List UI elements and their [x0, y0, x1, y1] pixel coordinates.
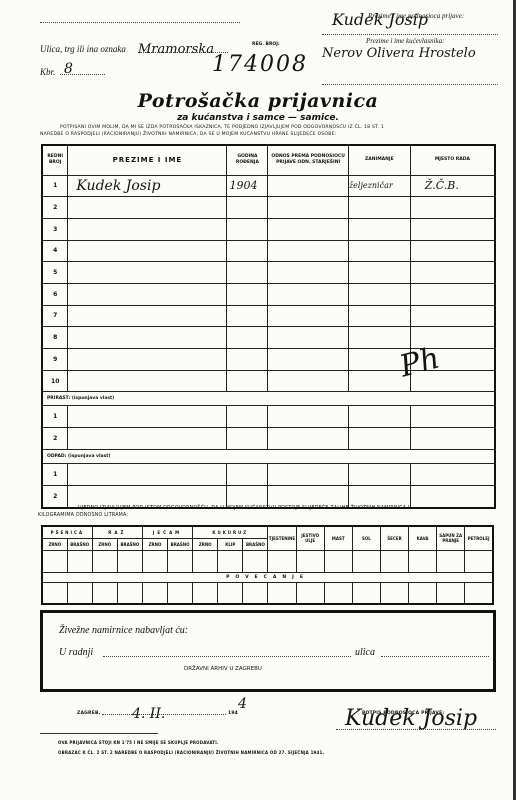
- person-birth-year[interactable]: [227, 370, 268, 392]
- person-relation[interactable]: [268, 240, 349, 262]
- col-sapun: SAPUN ZA PRANJE: [437, 526, 465, 550]
- increase-cell[interactable]: [324, 582, 352, 604]
- date-field[interactable]: 4. II.: [102, 703, 226, 715]
- persons-table: REDNI BROJ PREZIME I IME GODINA ROĐENJA …: [41, 144, 496, 509]
- row-number: 2: [42, 197, 68, 219]
- supplies-intro-2: KILOGRAMIMA ODNOSNO LITRAMA:: [38, 512, 128, 520]
- shop-street-label: ulica: [355, 647, 375, 658]
- person-name[interactable]: [68, 370, 227, 392]
- col-kava: KAVA: [409, 526, 437, 550]
- person-occupation[interactable]: [348, 327, 410, 349]
- stock-cell[interactable]: [268, 550, 296, 572]
- shop-label: U radnji: [59, 647, 93, 658]
- food-supplies-table: PŠENICA RAŽ JEČAM KUKURUZ TJESTENINE JES…: [41, 525, 494, 605]
- increase-cell[interactable]: [142, 582, 167, 604]
- form-subtitle: za kućanstva i samce — samice.: [0, 113, 516, 123]
- person-name[interactable]: [68, 240, 227, 262]
- row-number: 9: [42, 349, 68, 371]
- stock-cell[interactable]: [42, 550, 67, 572]
- col-mast: MAST: [324, 526, 352, 550]
- increase-cell[interactable]: [243, 582, 268, 604]
- shop-street-field[interactable]: [381, 656, 489, 657]
- increase-cell[interactable]: [193, 582, 218, 604]
- stock-cell[interactable]: [324, 550, 352, 572]
- stock-cell[interactable]: [218, 550, 243, 572]
- person-name[interactable]: [68, 464, 227, 486]
- increase-cell[interactable]: [380, 582, 408, 604]
- householder-label: Prezime i ime kućevlasnika:: [366, 37, 444, 45]
- house-no-value: 8: [60, 61, 73, 77]
- person-relation[interactable]: [268, 349, 349, 371]
- increase-cell[interactable]: [268, 582, 296, 604]
- person-occupation[interactable]: [348, 370, 410, 392]
- applicant-label: Prezime i ime podnosioca prijave:: [368, 12, 464, 20]
- person-birth-year[interactable]: [227, 218, 268, 240]
- stock-cell[interactable]: [296, 550, 324, 572]
- year-value: 4: [238, 696, 247, 712]
- sub-col: BRAŠNO: [168, 538, 193, 550]
- increase-row: [42, 582, 493, 604]
- person-occupation[interactable]: [348, 406, 410, 428]
- person-birth-year[interactable]: [227, 349, 268, 371]
- person-workplace[interactable]: [410, 262, 495, 284]
- stock-cell[interactable]: [409, 550, 437, 572]
- person-birth-year[interactable]: [227, 197, 268, 219]
- increase-cell[interactable]: [168, 582, 193, 604]
- person-birth-year[interactable]: [227, 240, 268, 262]
- person-workplace[interactable]: [410, 218, 495, 240]
- person-name[interactable]: [68, 283, 227, 305]
- row-number: 4: [42, 240, 68, 262]
- house-no-field[interactable]: 8: [60, 58, 105, 75]
- person-relation[interactable]: [268, 283, 349, 305]
- col-no: REDNI BROJ: [42, 145, 68, 175]
- table-row: 6: [42, 283, 495, 305]
- person-birth-year[interactable]: [227, 406, 268, 428]
- sub-col: ZRNO: [142, 538, 167, 550]
- person-name[interactable]: [68, 428, 227, 450]
- person-workplace[interactable]: [410, 486, 495, 508]
- increase-cell[interactable]: [42, 582, 67, 604]
- person-occupation[interactable]: [348, 240, 410, 262]
- person-name[interactable]: [68, 349, 227, 371]
- sub-col: KLIP: [218, 538, 243, 550]
- person-relation[interactable]: [268, 175, 349, 197]
- table-row: 1 Kudek Josip 1904 željezničar Ž.Č.B.: [42, 175, 495, 197]
- reg-number: 174008: [212, 52, 308, 77]
- table-row: 5: [42, 262, 495, 284]
- table-row: 4: [42, 240, 495, 262]
- increase-cell[interactable]: [92, 582, 117, 604]
- footer-rule: [40, 733, 158, 734]
- legal-note: OBRAZAC K ČL. 2 ST. 2 NAREDBE O RASPODJE…: [58, 750, 324, 755]
- ration-application-form: Ulica, trg ili ina oznaka Mramorska REG.…: [0, 0, 516, 800]
- householder-field[interactable]: [322, 84, 498, 85]
- supply-shop-box: Živežne namirnice nabavljat ću: U radnji…: [40, 610, 496, 692]
- person-birth-year[interactable]: [227, 428, 268, 450]
- increase-cell[interactable]: [352, 582, 380, 604]
- person-name[interactable]: [68, 327, 227, 349]
- street-field[interactable]: Mramorska: [138, 38, 228, 53]
- supply-line: Živežne namirnice nabavljat ću:: [59, 625, 188, 636]
- person-relation[interactable]: [268, 305, 349, 327]
- person-workplace[interactable]: [410, 305, 495, 327]
- increase-cell[interactable]: [67, 582, 92, 604]
- stock-cell[interactable]: [168, 550, 193, 572]
- person-occupation[interactable]: [348, 464, 410, 486]
- stock-row: [42, 550, 493, 572]
- stock-cell[interactable]: [193, 550, 218, 572]
- stock-cell[interactable]: [117, 550, 142, 572]
- row-number: 8: [42, 327, 68, 349]
- person-relation[interactable]: [268, 428, 349, 450]
- increase-cell[interactable]: [296, 582, 324, 604]
- sub-col: BRAŠNO: [67, 538, 92, 550]
- year-prefix: 194: [228, 711, 238, 716]
- street-label: Ulica, trg ili ina oznaka: [40, 44, 126, 54]
- increase-cell[interactable]: [465, 582, 493, 604]
- householder-value: Nerov Olivera Hrostelo: [322, 46, 476, 61]
- person-name[interactable]: [68, 305, 227, 327]
- person-name[interactable]: [68, 218, 227, 240]
- increase-cell[interactable]: [437, 582, 465, 604]
- person-workplace[interactable]: [410, 240, 495, 262]
- row-number: 3: [42, 218, 68, 240]
- person-occupation[interactable]: [348, 283, 410, 305]
- col-petrolej: PETROLEJ: [465, 526, 493, 550]
- person-birth-year[interactable]: [227, 283, 268, 305]
- row-number: 7: [42, 305, 68, 327]
- table-row: 2: [42, 197, 495, 219]
- col-name: PREZIME I IME: [68, 145, 227, 175]
- person-name[interactable]: [68, 197, 227, 219]
- person-workplace[interactable]: [410, 197, 495, 219]
- col-workplace: MJESTO RADA: [410, 145, 495, 175]
- person-occupation[interactable]: [348, 262, 410, 284]
- sub-col: BRAŠNO: [243, 538, 268, 550]
- person-workplace[interactable]: Ž.Č.B.: [410, 175, 495, 197]
- person-occupation[interactable]: [348, 428, 410, 450]
- stock-cell[interactable]: [380, 550, 408, 572]
- archive-stamp: DRŽAVNI ARHIV U ZAGREBU: [184, 666, 262, 672]
- person-birth-year[interactable]: [227, 305, 268, 327]
- increase-cell[interactable]: [409, 582, 437, 604]
- group-jecam: JEČAM: [142, 526, 192, 538]
- stock-cell[interactable]: [67, 550, 92, 572]
- top-rule: [40, 22, 240, 23]
- date-value: 4. II.: [102, 706, 165, 722]
- person-occupation[interactable]: [348, 305, 410, 327]
- intro-line-2: NAREDBE O RASPODJELI (RACIONIRANJU) ŽIVO…: [40, 131, 336, 139]
- table-row: 1: [42, 464, 495, 486]
- col-birth-year: GODINA ROĐENJA: [227, 145, 268, 175]
- col-sol: SOL: [352, 526, 380, 550]
- col-ulje: JESTIVO ULJE: [296, 526, 324, 550]
- person-occupation[interactable]: [348, 197, 410, 219]
- person-name[interactable]: [68, 406, 227, 428]
- row-number: 2: [42, 486, 68, 508]
- group-kukuruz: KUKURUZ: [193, 526, 268, 538]
- row-number: 10: [42, 370, 68, 392]
- prirast-label: PRIRAST: (ispunjava vlast): [42, 392, 495, 406]
- stock-cell[interactable]: [465, 550, 493, 572]
- row-number: 1: [42, 406, 68, 428]
- col-tjestenine: TJESTENINE: [268, 526, 296, 550]
- person-workplace[interactable]: [410, 428, 495, 450]
- table-row: 3: [42, 218, 495, 240]
- person-occupation[interactable]: [348, 218, 410, 240]
- person-workplace[interactable]: [410, 464, 495, 486]
- person-birth-year[interactable]: [227, 327, 268, 349]
- person-name[interactable]: Kudek Josip: [68, 175, 227, 197]
- sub-col: BRAŠNO: [117, 538, 142, 550]
- col-secer: ŠEĆER: [380, 526, 408, 550]
- group-psenica: PŠENICA: [42, 526, 92, 538]
- price-note: OVA PRIJAVNICA STOJI KN 1'75 I NE SMIJE …: [58, 740, 219, 745]
- row-number: 1: [42, 175, 68, 197]
- person-relation[interactable]: [268, 464, 349, 486]
- applicant-field[interactable]: [322, 34, 498, 35]
- person-relation[interactable]: [268, 262, 349, 284]
- signature-value: Kudek Josip: [345, 706, 477, 731]
- group-raz: RAŽ: [92, 526, 142, 538]
- reg-label: REG. BROJ:: [252, 42, 280, 47]
- stock-cell[interactable]: [92, 550, 117, 572]
- row-number: 6: [42, 283, 68, 305]
- col-occupation: ZANIMANJE: [348, 145, 410, 175]
- person-relation[interactable]: [268, 406, 349, 428]
- row-number: 5: [42, 262, 68, 284]
- person-workplace[interactable]: [410, 283, 495, 305]
- col-relation: ODNOS PREMA PODNOSIOCU PRIJAVE ODN. STAR…: [268, 145, 349, 175]
- shop-field[interactable]: [103, 656, 351, 657]
- person-name[interactable]: [68, 262, 227, 284]
- stock-cell[interactable]: [437, 550, 465, 572]
- increase-label: POVEĆANJE: [42, 572, 493, 582]
- table-row: 7: [42, 305, 495, 327]
- person-birth-year[interactable]: [227, 262, 268, 284]
- person-occupation[interactable]: željezničar: [348, 175, 410, 197]
- stock-cell[interactable]: [243, 550, 268, 572]
- place-label: ZAGREB,: [77, 711, 101, 716]
- increase-cell[interactable]: [117, 582, 142, 604]
- table-row: 1: [42, 406, 495, 428]
- stock-cell[interactable]: [142, 550, 167, 572]
- table-row: 2: [42, 428, 495, 450]
- person-relation[interactable]: [268, 197, 349, 219]
- sub-col: ZRNO: [193, 538, 218, 550]
- person-relation[interactable]: [268, 218, 349, 240]
- row-number: 2: [42, 428, 68, 450]
- form-title: Potrošačka prijavnica: [0, 90, 516, 112]
- increase-cell[interactable]: [218, 582, 243, 604]
- house-no-label: Kbr.: [40, 67, 55, 77]
- sub-col: ZRNO: [92, 538, 117, 550]
- person-relation[interactable]: [268, 370, 349, 392]
- sub-col: ZRNO: [42, 538, 67, 550]
- person-workplace[interactable]: [410, 406, 495, 428]
- street-value: Mramorska: [138, 42, 214, 57]
- row-number: 1: [42, 464, 68, 486]
- person-birth-year[interactable]: [227, 464, 268, 486]
- person-relation[interactable]: [268, 327, 349, 349]
- person-birth-year[interactable]: 1904: [227, 175, 268, 197]
- odpad-label: ODPAD: (ispunjava vlast): [42, 450, 495, 464]
- stock-cell[interactable]: [352, 550, 380, 572]
